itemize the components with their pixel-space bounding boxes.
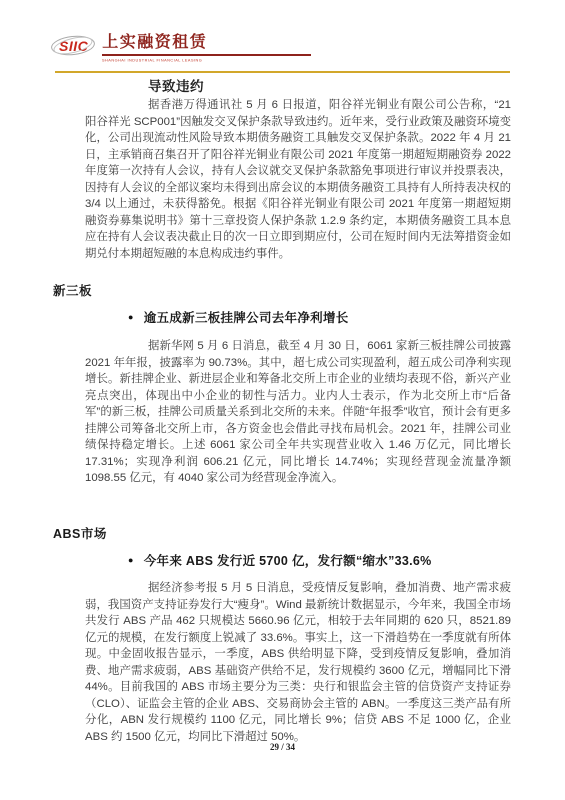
section-label-neeq: 新三板 (53, 281, 92, 299)
bullet-icon: ● (128, 312, 134, 322)
news-item-title-text: 逾五成新三板挂牌公司去年净利增长 (144, 308, 349, 326)
news-item-title-text: 今年来 ABS 发行近 5700 亿，发行额“缩水”33.6% (144, 551, 432, 569)
news-item-title-neeq: ● 逾五成新三板挂牌公司去年净利增长 (128, 308, 349, 326)
section-label-abs: ABS市场 (53, 524, 107, 542)
section-heading-default: 导致违约 (148, 75, 204, 95)
header-divider (55, 71, 510, 73)
news-item-title-abs: ● 今年来 ABS 发行近 5700 亿，发行额“缩水”33.6% (128, 551, 432, 569)
paragraph-neeq: 据新华网 5 月 6 日消息，截至 4 月 30 日，6061 家新三板挂牌公司… (85, 338, 511, 487)
company-logo: SIIC 上实融资租赁 SHANGHAI INDUSTRIAL FINANCIA… (55, 29, 311, 67)
paragraph-abs: 据经济参考报 5 月 5 日消息，受疫情反复影响，叠加消费、地产需求疲弱，我国资… (85, 580, 511, 745)
logo-text-block: 上实融资租赁 SHANGHAI INDUSTRIAL FINANCIAL LEA… (102, 29, 311, 67)
company-name-english: SHANGHAI INDUSTRIAL FINANCIAL LEASING (102, 58, 202, 62)
bullet-icon: ● (128, 555, 134, 565)
siic-logo-icon: SIIC (55, 35, 94, 56)
document-page: SIIC 上实融资租赁 SHANGHAI INDUSTRIAL FINANCIA… (0, 0, 565, 800)
paragraph-default: 据香港万得通讯社 5 月 6 日报道，阳谷祥光铜业有限公司公告称，“21 阳谷祥… (85, 97, 511, 262)
page-number: 29 / 34 (0, 742, 565, 752)
company-name: 上实融资租赁 (102, 29, 311, 56)
